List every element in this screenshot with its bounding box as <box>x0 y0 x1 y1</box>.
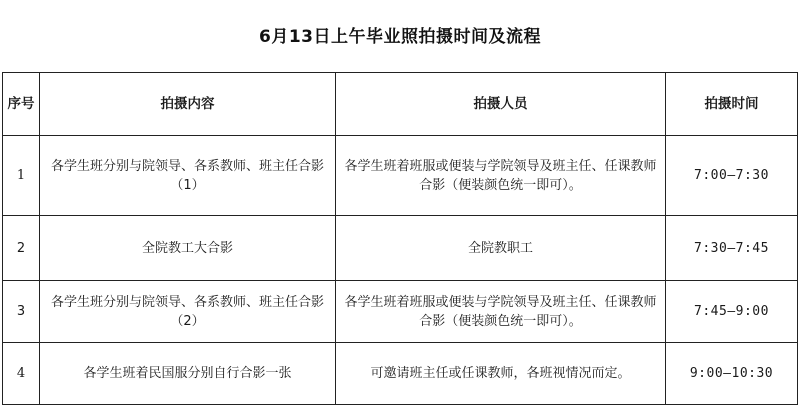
row-content: 各学生班着民国服分别自行合影一张 <box>40 343 336 405</box>
table-row: 4 各学生班着民国服分别自行合影一张 可邀请班主任或任课教师，各班视情况而定。 … <box>3 343 798 405</box>
table-row: 2 全院教工大合影 全院教职工 7:30—7:45 <box>3 216 798 281</box>
page-title: 6月13日上午毕业照拍摄时间及流程 <box>0 22 800 47</box>
row-people: 可邀请班主任或任课教师，各班视情况而定。 <box>336 343 666 405</box>
row-people: 各学生班着班服或便装与学院领导及班主任、任课教师合影（便装颜色统一即可）。 <box>336 281 666 343</box>
row-time: 7:45—9:00 <box>666 281 798 343</box>
row-time: 7:30—7:45 <box>666 216 798 281</box>
table-row: 1 各学生班分别与院领导、各系教师、班主任合影（1） 各学生班着班服或便装与学院… <box>3 136 798 216</box>
table-header-row: 序号 拍摄内容 拍摄人员 拍摄时间 <box>3 73 798 136</box>
row-no: 1 <box>3 136 40 216</box>
row-no: 2 <box>3 216 40 281</box>
table-row: 3 各学生班分别与院领导、各系教师、班主任合影（2） 各学生班着班服或便装与学院… <box>3 281 798 343</box>
row-people: 全院教职工 <box>336 216 666 281</box>
row-no: 3 <box>3 281 40 343</box>
header-no: 序号 <box>3 73 40 136</box>
schedule-table: 序号 拍摄内容 拍摄人员 拍摄时间 1 各学生班分别与院领导、各系教师、班主任合… <box>2 72 798 405</box>
row-time: 9:00—10:30 <box>666 343 798 405</box>
row-no: 4 <box>3 343 40 405</box>
row-content: 各学生班分别与院领导、各系教师、班主任合影（2） <box>40 281 336 343</box>
header-time: 拍摄时间 <box>666 73 798 136</box>
row-time: 7:00—7:30 <box>666 136 798 216</box>
row-content: 各学生班分别与院领导、各系教师、班主任合影（1） <box>40 136 336 216</box>
row-people: 各学生班着班服或便装与学院领导及班主任、任课教师合影（便装颜色统一即可）。 <box>336 136 666 216</box>
header-content: 拍摄内容 <box>40 73 336 136</box>
row-content: 全院教工大合影 <box>40 216 336 281</box>
header-people: 拍摄人员 <box>336 73 666 136</box>
